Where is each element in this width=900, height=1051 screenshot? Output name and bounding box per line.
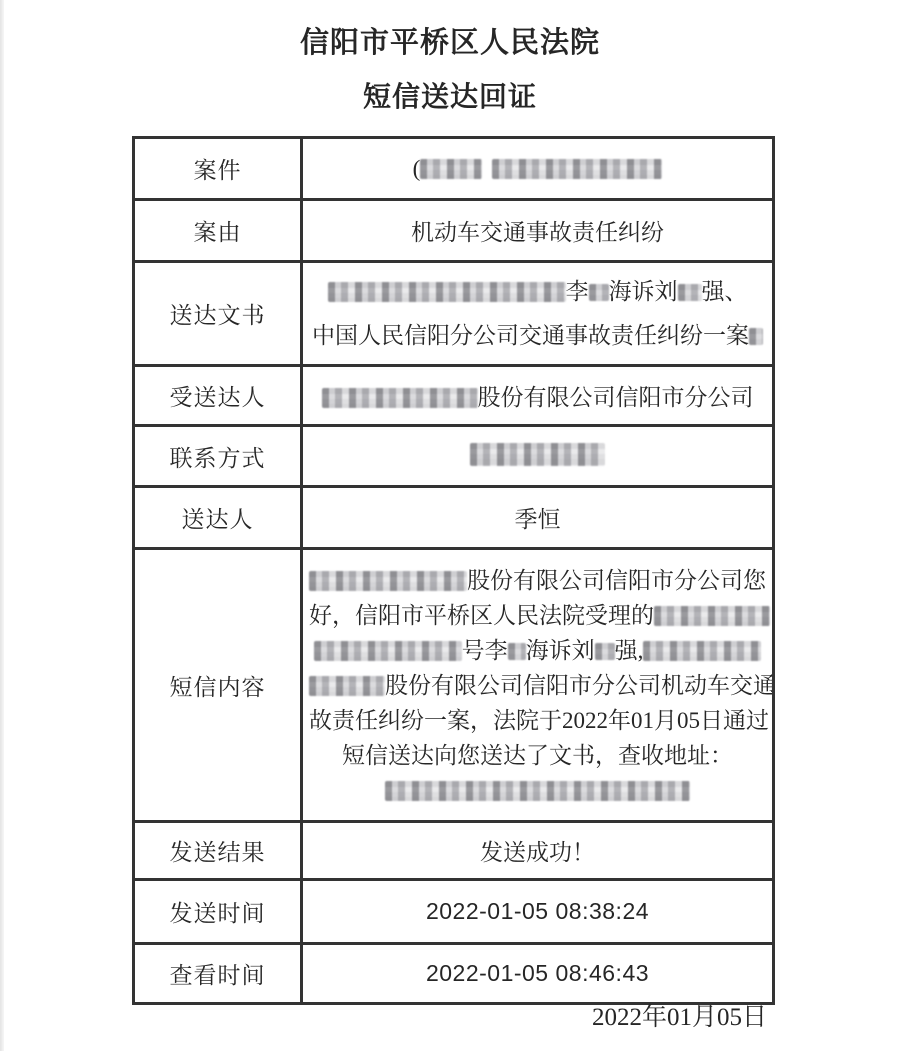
sms-text: 股份有限公司信阳市分公司您 xyxy=(467,568,766,593)
footer-date: 2022年01月05日 xyxy=(592,997,767,1033)
sms-line-4: 股份有限公司信阳市分公司机动车交通事 xyxy=(309,668,766,703)
redacted-url xyxy=(385,781,690,801)
redacted-tail xyxy=(749,328,763,345)
redacted-phone-number xyxy=(470,443,605,466)
row-sms-value: 股份有限公司信阳市分公司您 好，信阳市平桥区人民法院受理的 号李海诉刘强, 股份… xyxy=(302,549,774,822)
sms-text: 号李 xyxy=(462,638,508,663)
row-document-value: 李海诉刘强、 中国人民信阳分公司交通事故责任纠纷一案 xyxy=(302,262,774,366)
recipient-text: 股份有限公司信阳市分公司 xyxy=(478,385,754,410)
sms-text: 强, xyxy=(615,638,644,663)
redacted-case-ref xyxy=(314,641,462,661)
row-send-time: 发送时间 2022-01-05 08:38:24 xyxy=(134,880,774,944)
redacted-case-ref xyxy=(654,606,770,626)
sms-text: 海诉刘 xyxy=(526,638,595,663)
redacted-company-name xyxy=(322,388,478,408)
redacted-case-number xyxy=(492,159,662,179)
row-document: 送达文书 李海诉刘强、 中国人民信阳分公司交通事故责任纠纷一案 xyxy=(134,262,774,366)
delivery-receipt-table: 案件 ( 案由 机动车交通事故责任纠纷 送达文书 李海诉刘强、 中国人民信阳分公… xyxy=(132,136,775,1005)
sms-text: 短信送达向您送达了文书，查收地址： xyxy=(342,743,733,768)
row-cause: 案由 机动车交通事故责任纠纷 xyxy=(134,200,774,262)
row-recipient-value: 股份有限公司信阳市分公司 xyxy=(302,366,774,426)
row-case: 案件 ( xyxy=(134,138,774,200)
sms-line-5: 故责任纠纷一案，法院于2022年01月05日通过 xyxy=(309,703,766,738)
row-send-result-value: 发送成功！ xyxy=(302,822,774,880)
redacted-name-char xyxy=(595,643,615,660)
row-document-label: 送达文书 xyxy=(134,262,302,366)
redacted-name-char xyxy=(589,284,609,301)
document-text: 海诉刘 xyxy=(609,279,678,304)
document-text: 强、 xyxy=(702,279,748,304)
row-server-label: 送达人 xyxy=(134,487,302,549)
row-view-time-value: 2022-01-05 08:46:43 xyxy=(302,944,774,1004)
row-sms-content: 短信内容 股份有限公司信阳市分公司您 好，信阳市平桥区人民法院受理的 号李海诉刘… xyxy=(134,549,774,822)
row-server: 送达人 季恒 xyxy=(134,487,774,549)
row-send-result: 发送结果 发送成功！ xyxy=(134,822,774,880)
row-send-time-value: 2022-01-05 08:38:24 xyxy=(302,880,774,944)
row-send-time-label: 发送时间 xyxy=(134,880,302,944)
redacted-name-char xyxy=(508,643,526,660)
row-view-time: 查看时间 2022-01-05 08:46:43 xyxy=(134,944,774,1004)
sms-text: 股份有限公司信阳市分公司机动车交通事 xyxy=(385,673,774,698)
row-contact-label: 联系方式 xyxy=(134,426,302,487)
row-sms-label: 短信内容 xyxy=(134,549,302,822)
row-contact: 联系方式 xyxy=(134,426,774,487)
document-line-2: 中国人民信阳分公司交通事故责任纠纷一案 xyxy=(309,314,766,358)
sms-text: 好，信阳市平桥区人民法院受理的 xyxy=(309,603,654,628)
redacted-name-char xyxy=(678,284,702,301)
row-view-time-label: 查看时间 xyxy=(134,944,302,1004)
document-title: 短信送达回证 xyxy=(0,75,900,115)
row-case-label: 案件 xyxy=(134,138,302,200)
sms-text: 故责任纠纷一案，法院于2022年01月05日通过 xyxy=(309,708,769,733)
row-recipient: 受送达人 股份有限公司信阳市分公司 xyxy=(134,366,774,426)
row-recipient-label: 受送达人 xyxy=(134,366,302,426)
redacted-case-ref xyxy=(328,282,566,302)
row-send-result-label: 发送结果 xyxy=(134,822,302,880)
document-text: 李 xyxy=(566,279,589,304)
sms-line-1: 股份有限公司信阳市分公司您 xyxy=(309,563,766,598)
row-case-value: ( xyxy=(302,138,774,200)
sms-line-6: 短信送达向您送达了文书，查收地址： xyxy=(309,738,766,773)
sms-line-3: 号李海诉刘强, xyxy=(309,633,766,668)
row-cause-value: 机动车交通事故责任纠纷 xyxy=(302,200,774,262)
row-cause-label: 案由 xyxy=(134,200,302,262)
case-number-prefix: ( xyxy=(413,156,421,181)
sms-line-2: 好，信阳市平桥区人民法院受理的 xyxy=(309,598,766,633)
document-text: 中国人民信阳分公司交通事故责任纠纷一案 xyxy=(312,323,749,348)
redacted-company-name xyxy=(643,641,761,661)
redacted-company-name xyxy=(309,571,467,591)
redacted-company-name xyxy=(309,676,385,696)
sms-line-7 xyxy=(309,773,766,808)
row-server-value: 季恒 xyxy=(302,487,774,549)
document-line-1: 李海诉刘强、 xyxy=(309,270,766,314)
redacted-case-number xyxy=(420,159,482,179)
row-contact-value xyxy=(302,426,774,487)
court-title: 信阳市平桥区人民法院 xyxy=(0,0,900,61)
